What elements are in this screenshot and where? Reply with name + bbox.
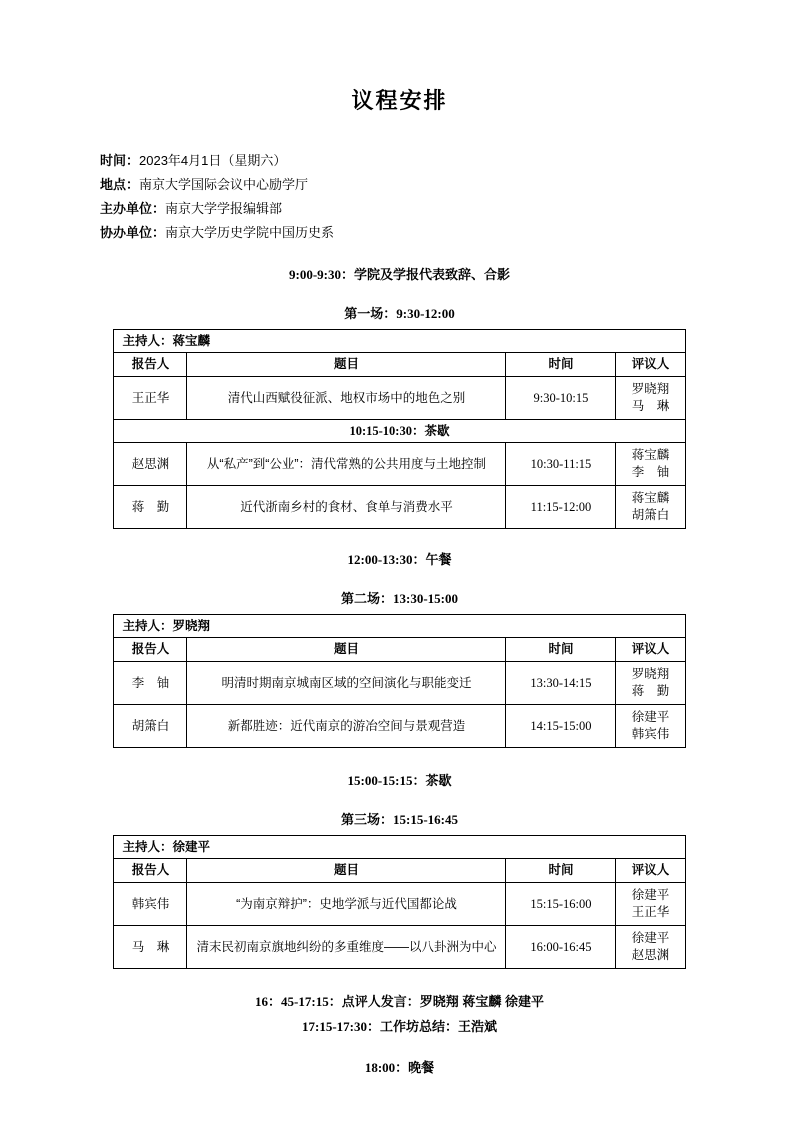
session1-name: 第一场： [344, 306, 396, 321]
session3-heading: 第三场：15:15-16:45 [0, 811, 799, 828]
session2-table: 主持人：罗晓翔 报告人 题目 时间 评议人 李 铀 明清时期南京城南区域的空间演… [113, 614, 685, 748]
moderator-label: 主持人： [122, 840, 172, 854]
reviewer-name: 蒋 勤 [621, 683, 679, 700]
col-header-time: 时间 [506, 353, 616, 377]
table-row: 赵思渊 从“私产”到“公业”：清代常熟的公共用度与土地控制 10:30-11:1… [114, 443, 685, 486]
topic-cell: 近代浙南乡村的食材、食单与消费水平 [187, 486, 506, 529]
col-header-speaker: 报告人 [114, 353, 187, 377]
info-value: 南京大学国际会议中心励学厅 [139, 177, 308, 192]
info-line-coorganizer: 协办单位：南京大学历史学院中国历史系 [100, 221, 799, 245]
reviewer-name: 罗晓翔 [621, 381, 679, 398]
page-title: 议程安排 [0, 86, 799, 116]
session3-time: 15:15-16:45 [393, 812, 458, 827]
speaker-cell: 胡箫白 [114, 705, 187, 748]
session1-heading: 第一场：9:30-12:00 [0, 305, 799, 322]
table-header-row: 报告人 题目 时间 评议人 [114, 859, 685, 883]
reviewers-cell: 徐建平 王正华 [616, 883, 685, 926]
col-header-topic: 题目 [187, 353, 506, 377]
info-label: 时间： [100, 153, 139, 168]
info-value: 南京大学学报编辑部 [165, 201, 282, 216]
tea-label: 茶歇 [425, 773, 451, 788]
reviewer-name: 蒋宝麟 [621, 447, 679, 464]
col-header-topic: 题目 [187, 638, 506, 662]
col-header-reviewers: 评议人 [616, 353, 685, 377]
time-cell: 15:15-16:00 [506, 883, 616, 926]
info-label: 地点： [100, 177, 139, 192]
reviewer-name: 李 铀 [621, 464, 679, 481]
reviewer-name: 胡箫白 [621, 507, 679, 524]
table-row: 蒋 勤 近代浙南乡村的食材、食单与消费水平 11:15-12:00 蒋宝麟 胡箫… [114, 486, 685, 529]
moderator-cell: 主持人：罗晓翔 [114, 615, 685, 638]
reviewers-cell: 蒋宝麟 胡箫白 [616, 486, 685, 529]
table-row: 胡箫白 新都胜迹：近代南京的游冶空间与景观营造 14:15-15:00 徐建平 … [114, 705, 685, 748]
summary-heading: 17:15-17:30：工作坊总结：王浩斌 [0, 1014, 799, 1039]
reviewer-name: 蒋宝麟 [621, 490, 679, 507]
reviewers-cell: 徐建平 赵思渊 [616, 926, 685, 969]
reviewer-name: 马 琳 [621, 398, 679, 415]
table-row: 王正华 清代山西赋役征派、地权市场中的地色之别 9:30-10:15 罗晓翔 马… [114, 377, 685, 420]
dinner-label: 晚餐 [408, 1060, 434, 1075]
opening-heading: 9:00-9:30：学院及学报代表致辞、合影 [0, 266, 799, 283]
reviewer-name: 徐建平 [621, 709, 679, 726]
time-cell: 11:15-12:00 [506, 486, 616, 529]
topic-cell: 清末民初南京旗地纠纷的多重维度——以八卦洲为中心 [187, 926, 506, 969]
table-header-row: 报告人 题目 时间 评议人 [114, 638, 685, 662]
moderator-row: 主持人：罗晓翔 [114, 615, 685, 638]
opening-label: 学院及学报代表致辞、合影 [354, 267, 510, 282]
comments-label: 点评人发言：罗晓翔 蒋宝麟 徐建平 [342, 994, 544, 1009]
speaker-cell: 赵思渊 [114, 443, 187, 486]
summary-label: 工作坊总结：王浩斌 [380, 1019, 497, 1034]
moderator-name: 徐建平 [173, 840, 211, 854]
info-line-organizer: 主办单位：南京大学学报编辑部 [100, 197, 799, 221]
summary-time: 17:15-17:30： [302, 1019, 380, 1034]
reviewer-name: 徐建平 [621, 930, 679, 947]
topic-cell: 新都胜迹：近代南京的游冶空间与景观营造 [187, 705, 506, 748]
reviewers-cell: 徐建平 韩宾伟 [616, 705, 685, 748]
info-label: 协办单位： [100, 225, 165, 240]
time-cell: 9:30-10:15 [506, 377, 616, 420]
dinner-heading: 18:00：晚餐 [0, 1059, 799, 1076]
comments-time: 16：45-17:15： [255, 994, 342, 1009]
table-header-row: 报告人 题目 时间 评议人 [114, 353, 685, 377]
dinner-time: 18:00： [365, 1060, 408, 1075]
col-header-topic: 题目 [187, 859, 506, 883]
moderator-row: 主持人：蒋宝麟 [114, 330, 685, 353]
reviewer-name: 徐建平 [621, 887, 679, 904]
topic-cell: “为南京辩护”：史地学派与近代国都论战 [187, 883, 506, 926]
reviewer-name: 罗晓翔 [621, 666, 679, 683]
lunch-heading: 12:00-13:30：午餐 [0, 551, 799, 568]
table-row: 马 琳 清末民初南京旗地纠纷的多重维度——以八卦洲为中心 16:00-16:45… [114, 926, 685, 969]
speaker-cell: 韩宾伟 [114, 883, 187, 926]
speaker-cell: 马 琳 [114, 926, 187, 969]
table-row: 李 铀 明清时期南京城南区域的空间演化与职能变迁 13:30-14:15 罗晓翔… [114, 662, 685, 705]
moderator-cell: 主持人：徐建平 [114, 836, 685, 859]
speaker-cell: 李 铀 [114, 662, 187, 705]
reviewers-cell: 罗晓翔 马 琳 [616, 377, 685, 420]
info-label: 主办单位： [100, 201, 165, 216]
tea-break-cell: 10:15-10:30：茶歇 [114, 420, 685, 443]
time-cell: 10:30-11:15 [506, 443, 616, 486]
time-cell: 16:00-16:45 [506, 926, 616, 969]
col-header-speaker: 报告人 [114, 638, 187, 662]
moderator-name: 罗晓翔 [173, 619, 211, 633]
reviewer-name: 赵思渊 [621, 947, 679, 964]
session2-time: 13:30-15:00 [393, 591, 458, 606]
col-header-speaker: 报告人 [114, 859, 187, 883]
closing-block: 16：45-17:15：点评人发言：罗晓翔 蒋宝麟 徐建平 17:15-17:3… [0, 989, 799, 1039]
session2-name: 第二场： [341, 591, 393, 606]
reviewers-cell: 罗晓翔 蒋 勤 [616, 662, 685, 705]
session1-table: 主持人：蒋宝麟 报告人 题目 时间 评议人 王正华 清代山西赋役征派、地权市场中… [113, 329, 685, 529]
agenda-document-page: 议程安排 时间：2023年4月1日（星期六） 地点：南京大学国际会议中心励学厅 … [0, 0, 799, 1127]
col-header-reviewers: 评议人 [616, 859, 685, 883]
session2-heading: 第二场：13:30-15:00 [0, 590, 799, 607]
tea-break-time: 10:15-10:30： [349, 424, 424, 438]
tea-break-row: 10:15-10:30：茶歇 [114, 420, 685, 443]
time-cell: 14:15-15:00 [506, 705, 616, 748]
tea-time: 15:00-15:15： [347, 773, 425, 788]
info-line-time: 时间：2023年4月1日（星期六） [100, 149, 799, 173]
session3-name: 第三场： [341, 812, 393, 827]
moderator-name: 蒋宝麟 [173, 334, 211, 348]
info-value: 2023年4月1日（星期六） [139, 153, 286, 168]
col-header-time: 时间 [506, 859, 616, 883]
moderator-cell: 主持人：蒋宝麟 [114, 330, 685, 353]
moderator-label: 主持人： [122, 619, 172, 633]
comments-heading: 16：45-17:15：点评人发言：罗晓翔 蒋宝麟 徐建平 [0, 989, 799, 1014]
reviewers-cell: 蒋宝麟 李 铀 [616, 443, 685, 486]
lunch-time: 12:00-13:30： [347, 552, 425, 567]
lunch-label: 午餐 [425, 552, 451, 567]
topic-cell: 清代山西赋役征派、地权市场中的地色之别 [187, 377, 506, 420]
session1-time: 9:30-12:00 [396, 306, 455, 321]
tea-break-label: 茶歇 [424, 424, 449, 438]
speaker-cell: 蒋 勤 [114, 486, 187, 529]
col-header-reviewers: 评议人 [616, 638, 685, 662]
topic-cell: 从“私产”到“公业”：清代常熟的公共用度与土地控制 [187, 443, 506, 486]
tea-heading: 15:00-15:15：茶歇 [0, 772, 799, 789]
info-block: 时间：2023年4月1日（星期六） 地点：南京大学国际会议中心励学厅 主办单位：… [100, 149, 799, 245]
time-cell: 13:30-14:15 [506, 662, 616, 705]
reviewer-name: 王正华 [621, 904, 679, 921]
info-value: 南京大学历史学院中国历史系 [165, 225, 334, 240]
moderator-row: 主持人：徐建平 [114, 836, 685, 859]
reviewer-name: 韩宾伟 [621, 726, 679, 743]
speaker-cell: 王正华 [114, 377, 187, 420]
col-header-time: 时间 [506, 638, 616, 662]
moderator-label: 主持人： [122, 334, 172, 348]
info-line-location: 地点：南京大学国际会议中心励学厅 [100, 173, 799, 197]
table-row: 韩宾伟 “为南京辩护”：史地学派与近代国都论战 15:15-16:00 徐建平 … [114, 883, 685, 926]
topic-cell: 明清时期南京城南区域的空间演化与职能变迁 [187, 662, 506, 705]
opening-time: 9:00-9:30： [289, 267, 354, 282]
session3-table: 主持人：徐建平 报告人 题目 时间 评议人 韩宾伟 “为南京辩护”：史地学派与近… [113, 835, 685, 969]
